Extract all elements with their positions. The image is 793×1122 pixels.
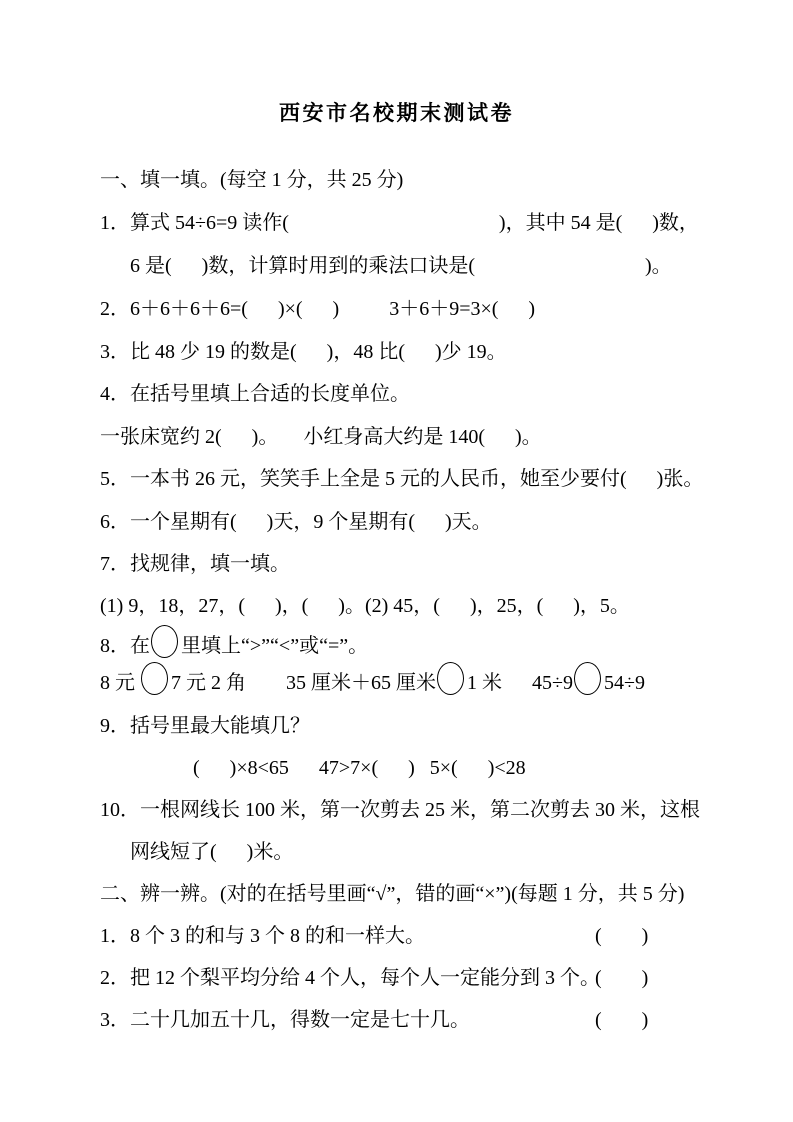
question-8-suffix: 里填上“>”“<”或“=”。 — [181, 635, 368, 657]
tf-question-3-answer-blank: ( ) — [595, 1007, 648, 1033]
question-10-line-1: 10．一根网线长 100 米，第一次剪去 25 米，第二次剪去 30 米，这根 — [100, 797, 700, 823]
tf-question-1-text: 1．8 个 3 的和与 3 个 8 的和一样大。 — [100, 925, 425, 947]
circle-shape — [574, 662, 601, 695]
compare-right-1: 7 元 2 角 — [171, 672, 286, 694]
question-6: 6．一个星期有( )天，9 个星期有( )天。 — [100, 509, 492, 535]
page-title: 西安市名校期末测试卷 — [0, 100, 793, 126]
question-4: 4．在括号里填上合适的长度单位。 — [100, 381, 410, 407]
tf-question-1: 1．8 个 3 的和与 3 个 8 的和一样大。( ) — [100, 923, 760, 949]
tf-question-3-text: 3．二十几加五十几，得数一定是七十几。 — [100, 1009, 470, 1031]
question-4-units-line: 一张床宽约 2( )。 小红身高大约是 140( )。 — [100, 424, 542, 450]
compare-left-3: 45÷9 — [532, 672, 573, 694]
question-10-line-2: 网线短了( )米。 — [130, 839, 293, 865]
question-8-comparisons: 8 元 7 元 2 角 35 厘米＋65 厘米1 米 45÷954÷9 — [100, 670, 645, 696]
tf-question-1-answer-blank: ( ) — [595, 923, 648, 949]
circle-shape — [437, 662, 464, 695]
tf-question-2-text: 2．把 12 个梨平均分给 4 个人，每个人一定能分到 3 个。 — [100, 967, 600, 989]
exam-paper-page: 西安市名校期末测试卷 一、填一填。(每空 1 分，共 25 分) 1．算式 54… — [0, 0, 793, 1122]
question-7: 7．找规律，填一填。 — [100, 551, 290, 577]
section-2-header: 二、辨一辨。(对的在括号里画“√”，错的画“×”)(每题 1 分，共 5 分) — [100, 881, 684, 907]
question-1-line-1: 1．算式 54÷6=9 读作( )，其中 54 是( )数， — [100, 210, 699, 236]
tf-question-2-answer-blank: ( ) — [595, 965, 648, 991]
answer-circle — [573, 687, 604, 689]
answer-circle — [150, 650, 181, 652]
compare-left-1: 8 元 — [100, 672, 140, 694]
question-8: 8．在里填上“>”“<”或“=”。 — [100, 633, 368, 659]
question-7-patterns: (1) 9，18，27，( )，( )。(2) 45，( )，25，( )，5。 — [100, 593, 630, 619]
tf-question-2: 2．把 12 个梨平均分给 4 个人，每个人一定能分到 3 个。( ) — [100, 965, 760, 991]
compare-right-3: 54÷9 — [604, 672, 645, 694]
question-8-prefix: 8．在 — [100, 635, 150, 657]
question-2: 2．6＋6＋6＋6=( )×( ) 3＋6＋9=3×( ) — [100, 296, 535, 322]
compare-left-2: 35 厘米＋65 厘米 — [286, 672, 436, 694]
answer-circle — [140, 687, 171, 689]
question-3: 3．比 48 少 19 的数是( )，48 比( )少 19。 — [100, 339, 507, 365]
tf-question-3: 3．二十几加五十几，得数一定是七十几。( ) — [100, 1007, 760, 1033]
answer-circle — [436, 687, 467, 689]
compare-right-2: 1 米 — [467, 672, 532, 694]
question-1-line-2: 6 是( )数，计算时用到的乘法口诀是( )。 — [130, 253, 672, 279]
circle-shape — [141, 662, 168, 695]
question-5: 5．一本书 26 元，笑笑手上全是 5 元的人民币，她至少要付( )张。 — [100, 466, 703, 492]
question-9: 9．括号里最大能填几？ — [100, 713, 310, 739]
section-1-header: 一、填一填。(每空 1 分，共 25 分) — [100, 167, 403, 193]
question-9-brackets: ( )×8<65 47>7×( ) 5×( )<28 — [193, 755, 526, 781]
circle-shape — [151, 625, 178, 658]
